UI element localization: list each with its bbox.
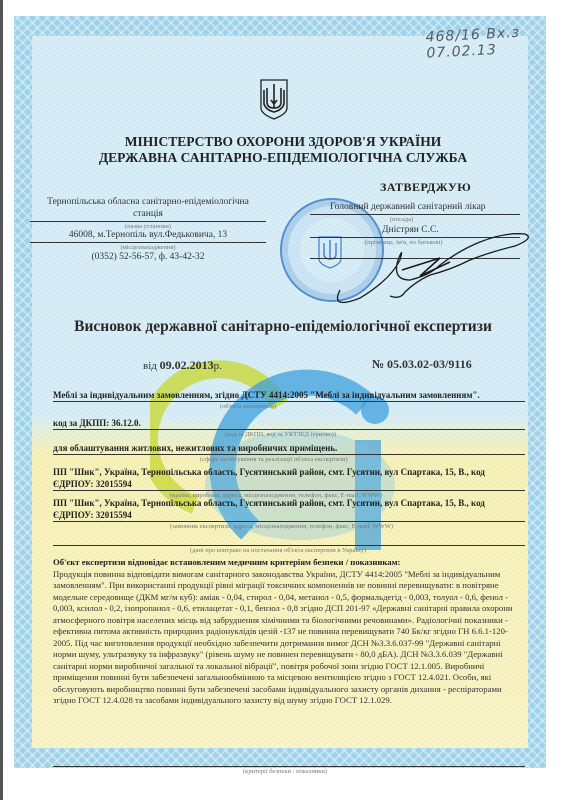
- field-customer: ПП "Шик", Україна, Тернопільська область…: [53, 497, 523, 521]
- date-suffix: р.: [214, 360, 222, 372]
- customer-caption: (замовник експертизи, адреса, місцезнахо…: [170, 523, 393, 530]
- approval-heading: ЗАТВЕРДЖУЮ: [380, 180, 471, 195]
- criteria-text: Продукція повинна відповідати вимогам са…: [53, 569, 523, 707]
- object-caption: (об'єкта експертизи): [220, 403, 276, 410]
- field-usage-scope: для облаштування житлових, нежитлових та…: [53, 443, 337, 453]
- divider: [53, 766, 525, 767]
- document-title: Висновок державної санітарно-епідеміолог…: [0, 318, 566, 336]
- criteria-caption: (критерії безпеки / показники): [243, 768, 327, 775]
- criteria-heading: Об'єкт експертизи відповідає встановлени…: [53, 557, 523, 569]
- divider: [53, 401, 525, 402]
- coat-of-arms-icon: [259, 78, 289, 120]
- dkpp-caption: (код за ДКПП, код за УКТЗЕД (ериоко)): [225, 431, 336, 438]
- conclusion-number: № 05.03.02-03/9116: [372, 357, 472, 372]
- contract-caption: (дані про контракт на постачання об'єкта…: [190, 547, 366, 554]
- institution-caption: (назва установи): [30, 223, 266, 230]
- scan-edge: [0, 0, 3, 800]
- divider: [30, 221, 266, 222]
- safety-criteria: Об'єкт експертизи відповідає встановлени…: [53, 557, 523, 707]
- handwritten-signature: [330, 220, 530, 310]
- issue-date: 09.02.2013: [160, 358, 214, 372]
- issuer-phone: (0352) 52-56-57, ф. 43-42-32: [30, 252, 266, 262]
- field-object: Меблі за індивідуальним замовленням, згі…: [53, 390, 528, 400]
- field-manufacturer: ПП "Шик", Україна, Тернопільська область…: [53, 466, 523, 490]
- ministry-name: МІНІСТЕРСТВО ОХОРОНИ ЗДОРОВ'Я УКРАЇНИ: [0, 134, 566, 150]
- date-prefix: від: [143, 360, 157, 372]
- issuer-institution-line2: станція: [30, 209, 266, 219]
- address-caption: (місцезнаходження): [30, 244, 266, 251]
- usage-caption: (сфера застосування та реалізації об'єкт…: [200, 456, 348, 463]
- issuer-institution-line1: Тернопільська обласна санітарно-епідеміо…: [30, 197, 266, 207]
- divider: [53, 454, 525, 455]
- divider: [53, 490, 525, 491]
- divider: [30, 242, 266, 243]
- issuer-address: 46008, м.Тернопіль вул.Федьковича, 13: [30, 230, 266, 240]
- divider: [53, 521, 525, 522]
- field-dkpp-code: код за ДКПП: 36.12.0.: [53, 418, 141, 428]
- divider: [53, 545, 525, 546]
- divider: [310, 214, 520, 215]
- divider: [53, 429, 525, 430]
- approver-position: Головний державний санітарний лікар: [330, 202, 486, 212]
- date-row: від 09.02.2013р.: [143, 358, 222, 373]
- service-name: ДЕРЖАВНА САНІТАРНО-ЕПІДЕМІОЛОГІЧНА СЛУЖБ…: [0, 150, 566, 166]
